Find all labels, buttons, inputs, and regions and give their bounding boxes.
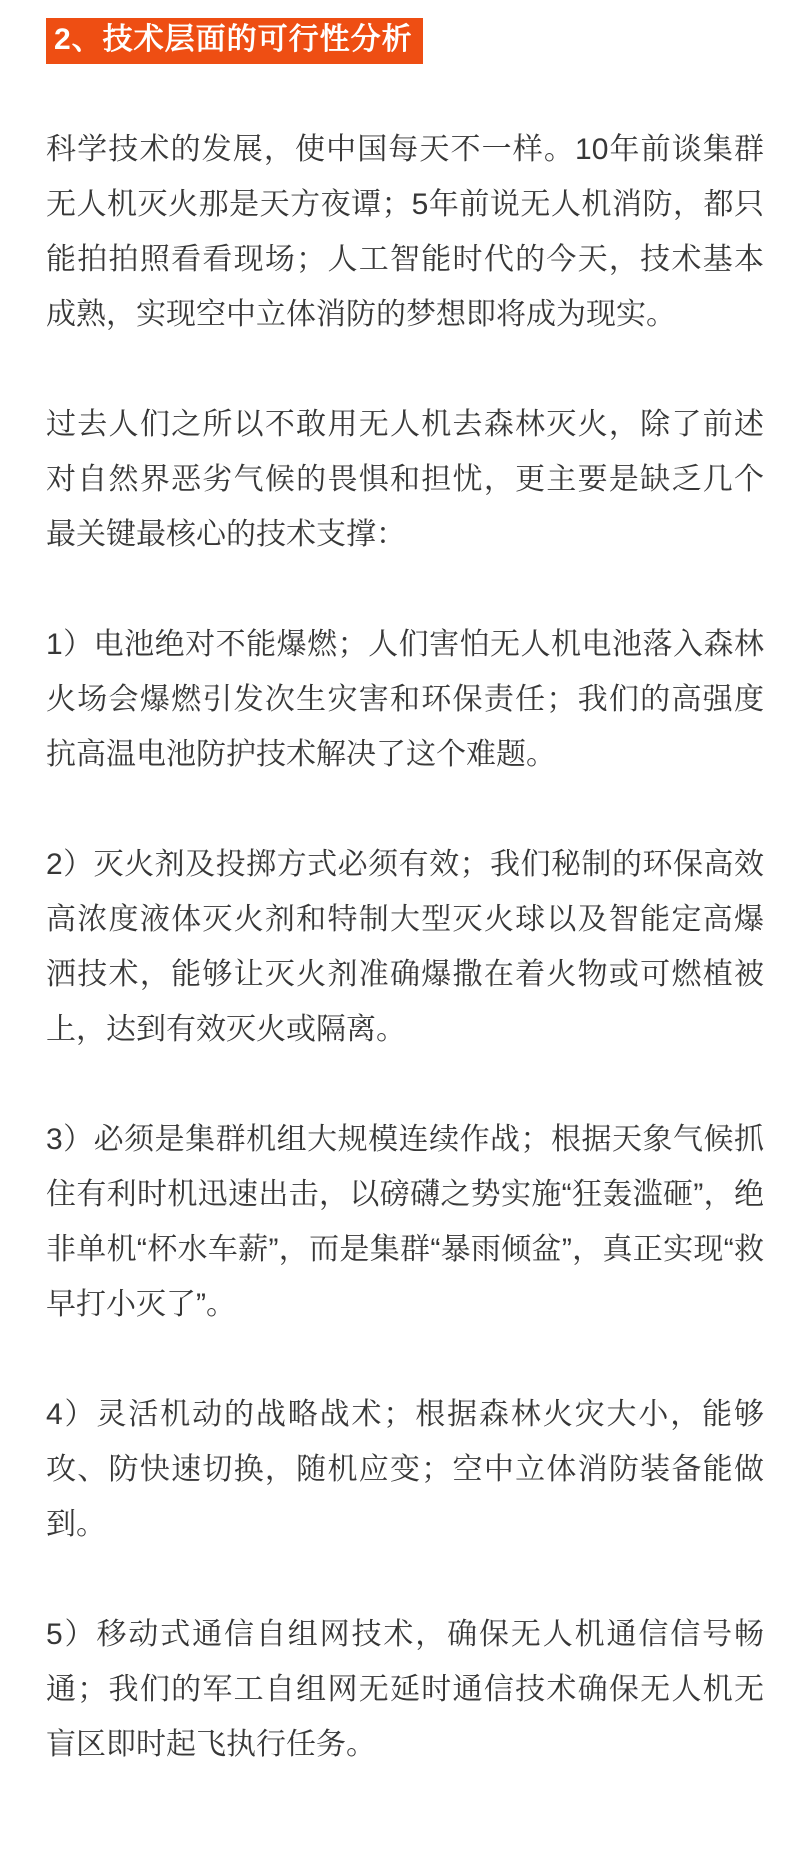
section-heading-highlight: 2、技术层面的可行性分析 [46,18,423,64]
list-item-3-swarm-operations: 3）必须是集群机组大规模连续作战；根据天象气候抓住有利时机迅速出击，以磅礴之势实… [46,1112,764,1332]
paragraph-intro-1: 科学技术的发展，使中国每天不一样。10年前谈集群无人机灭火那是天方夜谭；5年前说… [46,122,764,342]
list-item-4-tactics: 4）灵活机动的战略战术；根据森林火灾大小，能够攻、防快速切换，随机应变；空中立体… [46,1387,764,1552]
list-item-5-mesh-network: 5）移动式通信自组网技术，确保无人机通信信号畅通；我们的军工自组网无延时通信技术… [46,1607,764,1772]
article-body: 2、技术层面的可行性分析 科学技术的发展，使中国每天不一样。10年前谈集群无人机… [0,0,810,1836]
section-heading: 2、技术层面的可行性分析 [46,18,764,64]
paragraph-intro-2: 过去人们之所以不敢用无人机去森林灭火，除了前述对自然界恶劣气候的畏惧和担忧，更主… [46,397,764,562]
list-item-1-battery: 1）电池绝对不能爆燃；人们害怕无人机电池落入森林火场会爆燃引发次生灾害和环保责任… [46,617,764,782]
list-item-2-extinguishant: 2）灭火剂及投掷方式必须有效；我们秘制的环保高效高浓度液体灭火剂和特制大型灭火球… [46,837,764,1057]
